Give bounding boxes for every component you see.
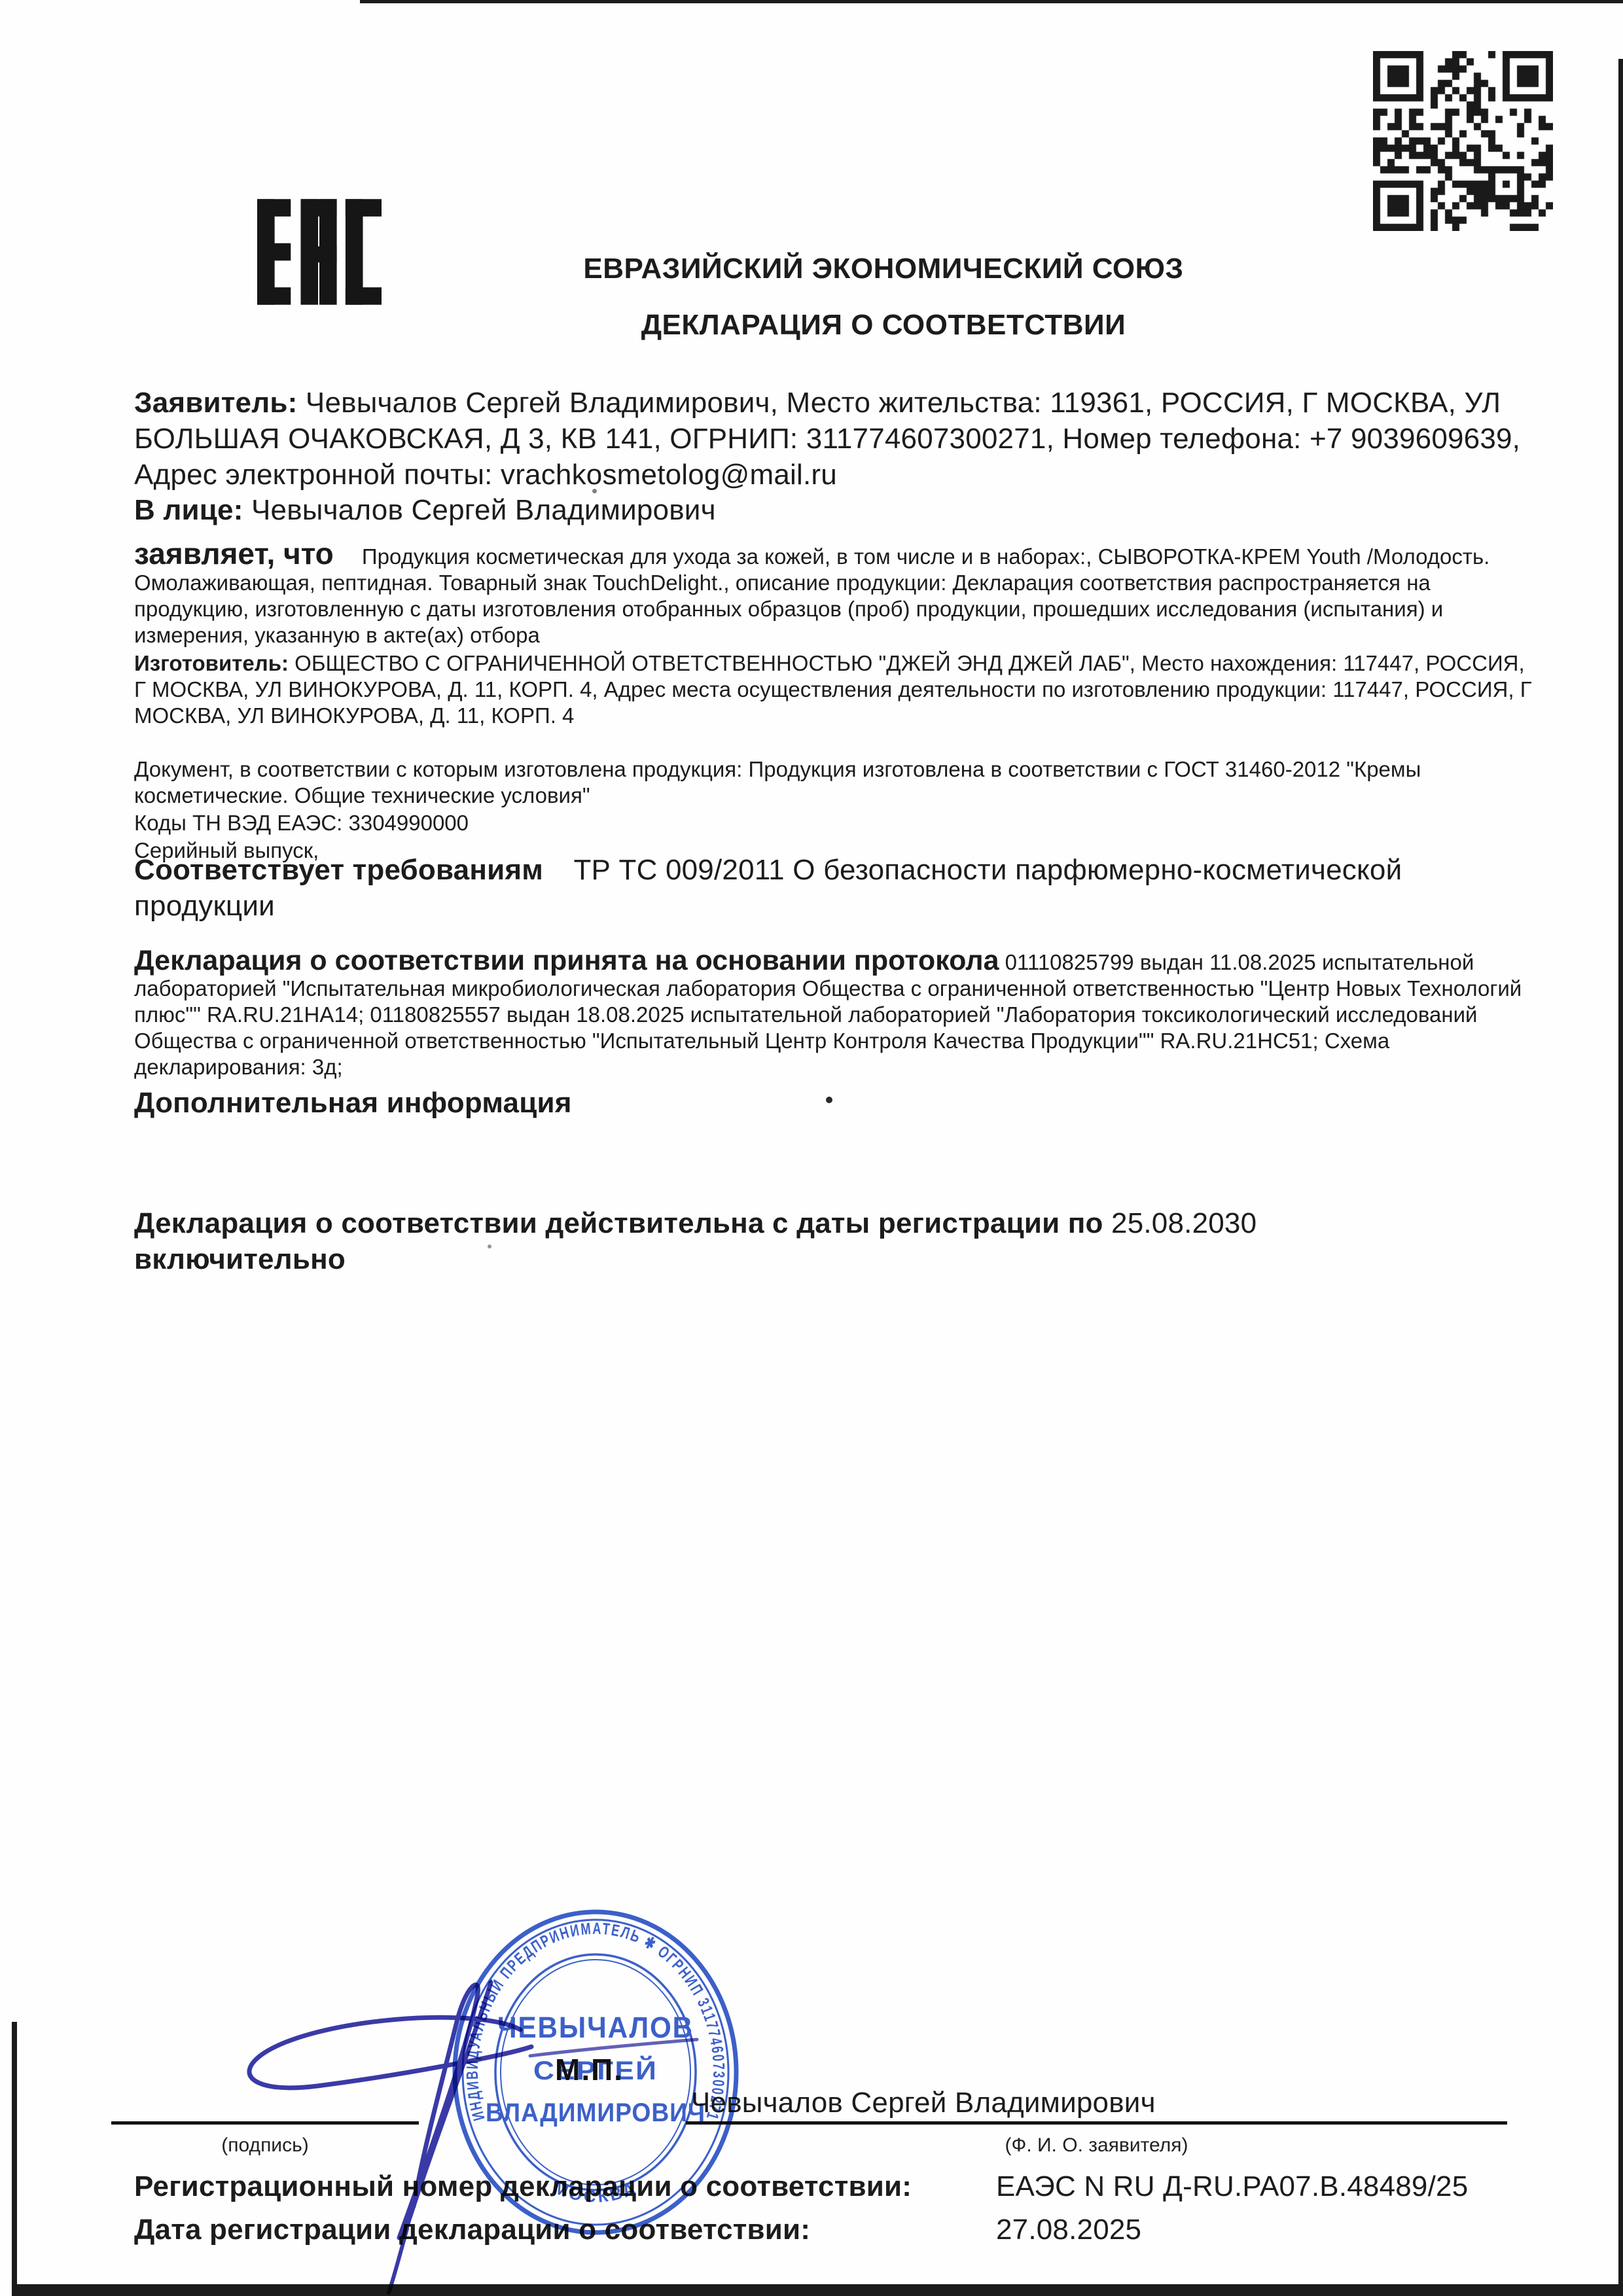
scan-edge-left [12,2022,17,2296]
in-person-text: Чевычалов Сергей Владимирович [251,494,716,526]
mp-seal-label: М.П. [555,2052,624,2087]
compliance-label: Соответствует требованиям [134,854,565,886]
tnved-line: Коды ТН ВЭД ЕАЭС: 3304990000 [134,810,1535,836]
compliance-paragraph: Соответствует требованиям ТР ТС 009/2011… [134,852,1535,924]
eac-mark-icon [257,198,382,306]
applicant-paragraph: Заявитель: Чевычалов Сергей Владимирович… [134,385,1535,493]
handwritten-signature [164,1956,700,2296]
qr-code-icon [1373,51,1553,231]
validity-date: 25.08.2030 [1111,1207,1257,1239]
in-person-label: В лице: [134,494,243,526]
union-title: ЕВРАЗИЙСКИЙ ЭКОНОМИЧЕСКИЙ СОЮЗ [262,253,1505,285]
scan-edge-top [360,0,1623,3]
doc-title: ДЕКЛАРАЦИЯ О СООТВЕТСТВИИ [262,309,1505,342]
additional-info-label: Дополнительная информация [134,1085,1535,1121]
document-info: Документ, в соответствии с которым изгот… [134,756,1535,809]
in-person-line: В лице: Чевычалов Сергей Владимирович [134,492,1535,528]
applicant-label: Заявитель: [134,387,297,419]
manufacturer-label: Изготовитель: [134,651,289,675]
manufacturer-paragraph: Изготовитель: ОБЩЕСТВО С ОГРАНИЧЕННОЙ ОТ… [134,650,1535,729]
registration-number-value: ЕАЭС N RU Д-RU.РА07.В.48489/25 [996,2168,1468,2204]
protocol-paragraph: Декларация о соответствии принята на осн… [134,947,1535,1080]
validity-text-after: включительно [134,1241,1535,1277]
declares-label: заявляет, что [134,537,356,571]
protocol-label: Декларация о соответствии принята на осн… [134,945,999,976]
name-line [686,2121,1507,2125]
declaration-document: ЕВРАЗИЙСКИЙ ЭКОНОМИЧЕСКИЙ СОЮЗ ДЕКЛАРАЦИ… [0,0,1623,2296]
declares-paragraph: заявляет, что Продукция косметическая дл… [134,540,1535,648]
name-caption: (Ф. И. О. заявителя) [686,2134,1507,2157]
validity-text-before: Декларация о соответствии действительна … [134,1207,1111,1239]
manufacturer-text: ОБЩЕСТВО С ОГРАНИЧЕННОЙ ОТВЕТСТВЕННОСТЬЮ… [134,651,1532,728]
registration-date-value: 27.08.2025 [996,2212,1141,2248]
applicant-text: Чевычалов Сергей Владимирович, Место жит… [134,387,1520,491]
scan-edge-right [1618,59,1623,2296]
validity-paragraph: Декларация о соответствии действительна … [134,1205,1535,1277]
